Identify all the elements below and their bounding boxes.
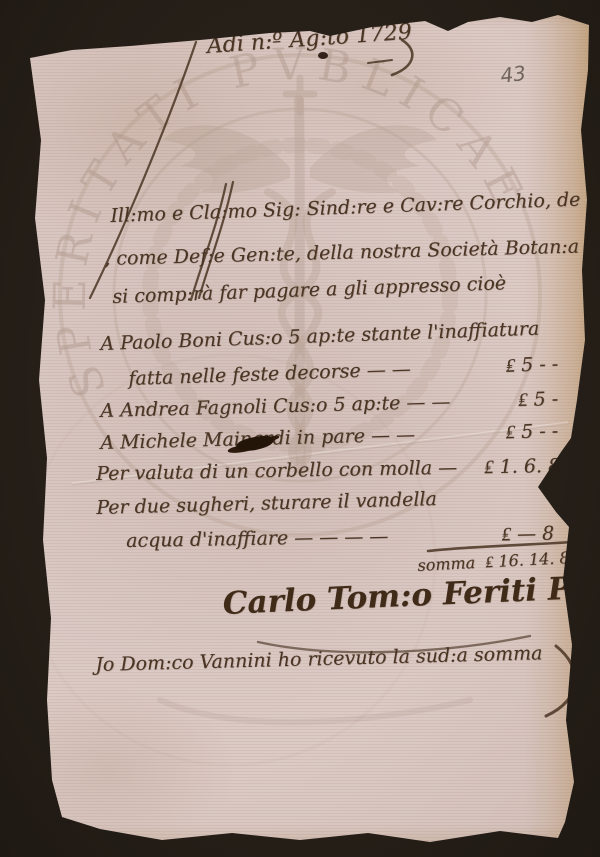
item-amount: ₤ 5 -	[508, 388, 559, 412]
item-amount: ₤ 5 - -	[495, 420, 558, 445]
item-text: acqua d'inaffiare — — — —	[126, 525, 388, 553]
browned-bottom-edge	[0, 817, 600, 857]
ink-spot	[318, 52, 328, 59]
sum-label: somma	[417, 553, 476, 575]
item-amount: ₤ 1. 6. 8	[474, 455, 560, 479]
doc-number: N:º 693.	[20, 11, 119, 52]
manuscript-page: SPERITATI PVBLICAE N:º 693. Adi n:º Ag:t…	[0, 0, 600, 857]
item-amount: ₤ 5 - -	[495, 353, 558, 378]
sum-amount: ₤ 16. 14. 8	[485, 548, 570, 571]
item-amount: ₤ — 8	[491, 523, 554, 547]
photo-background: SPERITATI PVBLICAE N:º 693. Adi n:º Ag:t…	[0, 0, 600, 857]
folio-number-pencil: 43	[499, 61, 527, 88]
browned-left-edge	[0, 0, 34, 857]
browned-top-edge	[0, 0, 600, 34]
